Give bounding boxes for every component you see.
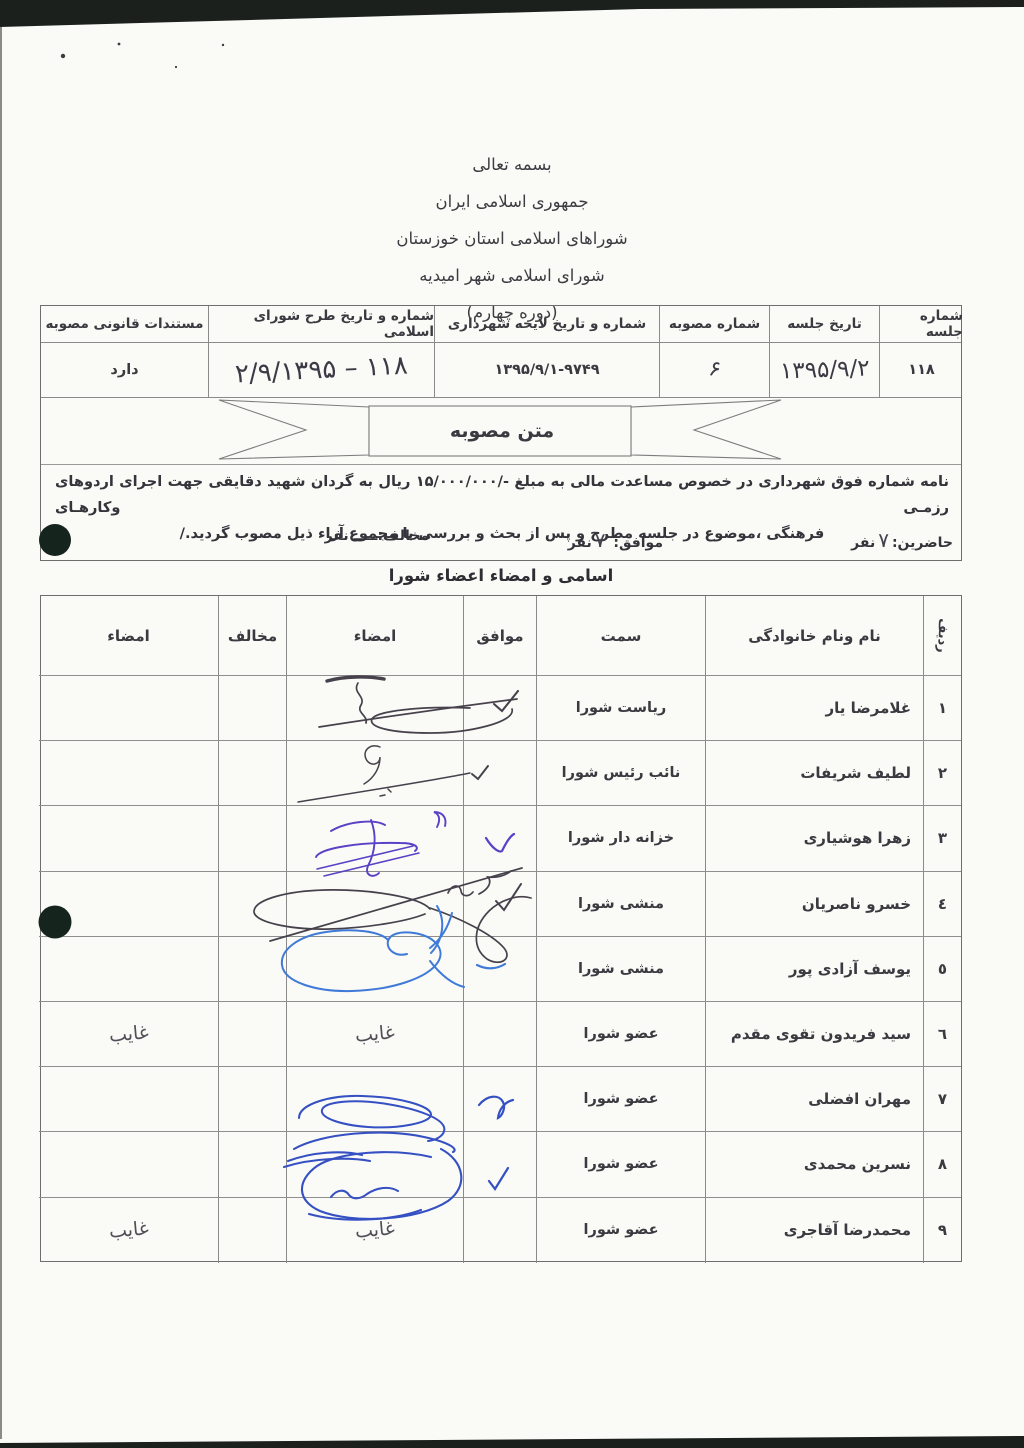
signature-cell: غایب (286, 1002, 463, 1067)
agree-cell (463, 676, 536, 741)
member-position: عضو شورا (536, 1132, 705, 1197)
agree-cell (463, 806, 536, 871)
oppose-cell (218, 1132, 286, 1197)
present-count: حاضرین:۷نفر (851, 528, 953, 552)
member-position: ریاست شورا (536, 676, 705, 741)
scanner-edge-bottom (0, 1436, 1024, 1448)
member-position: منشی شورا (536, 872, 705, 937)
scanned-document-page: بسمه تعالی جمهوری اسلامی ایران شوراهای ا… (0, 0, 1024, 1448)
member-name: نسرین محمدی (705, 1132, 923, 1197)
signature-cell (286, 872, 463, 937)
row-no: ۲ (923, 741, 961, 806)
table-rule (41, 342, 961, 343)
agree-cell (463, 1198, 536, 1263)
members-signature-table: ردیف نام ونام خانوادگی سمت موافق امضاء م… (40, 595, 962, 1262)
row-no: ٦ (923, 1002, 961, 1067)
signature-2-cell: غایب (39, 1002, 218, 1067)
resolution-meta-table: مستندات قانونی مصوبه شماره و تاریخ طرح ش… (40, 305, 962, 561)
oppose-cell (218, 872, 286, 937)
signature-cell: غایب (286, 1198, 463, 1263)
letterhead: بسمه تعالی جمهوری اسلامی ایران شوراهای ا… (0, 146, 1024, 331)
member-name: زهرا هوشیاری (705, 806, 923, 871)
signature-2-cell (39, 872, 218, 937)
signature-cell (286, 741, 463, 806)
meta-value-municipal-bill: ۱۳۹۵/۹/۱-۹۷۴۹ (434, 342, 659, 397)
meta-value-session-no: ۱۱۸ (879, 342, 963, 397)
oppose-cell (218, 937, 286, 1002)
meta-value-council-plan: ۱۱۸ – ۲/۹/۱۳۹۵ (208, 342, 434, 397)
signature-2-cell (39, 1132, 218, 1197)
member-name: غلامرضا یار (705, 676, 923, 741)
member-position: منشی شورا (536, 937, 705, 1002)
signature-cell (286, 1132, 463, 1197)
resolution-banner-row: متن مصوبه (41, 397, 961, 464)
member-name: محمدرضا آقاجری (705, 1198, 923, 1263)
agree-cell (463, 937, 536, 1002)
signature-2-cell (39, 1067, 218, 1132)
signature-cell (286, 676, 463, 741)
col-header-row-no: ردیف (923, 596, 961, 676)
member-name: مهران افضلی (705, 1067, 923, 1132)
member-position: عضو شورا (536, 1067, 705, 1132)
member-name: سید فریدون تقوی مقدم (705, 1002, 923, 1067)
row-no: ۳ (923, 806, 961, 871)
agree-cell (463, 1002, 536, 1067)
signature-2-cell (39, 806, 218, 871)
scanner-edge-top (0, 0, 1024, 27)
agree-count: موافق: ۷نفر (568, 528, 663, 552)
oppose-dash: ـــــ (354, 528, 378, 544)
attendance-line: حاضرین:۷نفر موافق: ۷نفر مخالف:ـــــ نفر (41, 528, 963, 558)
meta-value-resolution-no: ۶ (659, 342, 769, 397)
row-no: ٥ (923, 937, 961, 1002)
letterhead-line-bismillah: بسمه تعالی (0, 146, 1024, 183)
member-position: نائب رئیس شورا (536, 741, 705, 806)
banner-title: متن مصوبه (41, 397, 963, 464)
col-header-signature-2: امضاء (39, 596, 218, 676)
meta-header-council-plan: شماره و تاریخ طرح شورای اسلامی (208, 306, 434, 342)
col-header-position: سمت (536, 596, 705, 676)
row-no: ۸ (923, 1132, 961, 1197)
row-no: ۱ (923, 676, 961, 741)
member-name: خسرو ناصریان (705, 872, 923, 937)
meta-value-legal-docs: دارد (41, 342, 208, 397)
col-header-oppose: مخالف (218, 596, 286, 676)
letterhead-line-city-council: شورای اسلامی شهر امیدیه (0, 257, 1024, 294)
table-rule (41, 464, 961, 465)
signature-2-cell: غایب (39, 1198, 218, 1263)
signature-2-cell (39, 741, 218, 806)
col-header-name: نام ونام خانوادگی (705, 596, 923, 676)
col-header-agree: موافق (463, 596, 536, 676)
member-name: لطیف شریفات (705, 741, 923, 806)
meta-header-session-date: تاریخ جلسه (769, 306, 879, 342)
absent-note: غایب (354, 1217, 395, 1242)
signature-cell (286, 1067, 463, 1132)
agree-cell (463, 1067, 536, 1132)
resolution-text-line1: نامه شماره فوق شهرداری در خصوص مساعدت ما… (55, 469, 949, 521)
meta-value-session-date: ۱۳۹۵/۹/۲ (769, 342, 879, 397)
agree-cell (463, 1132, 536, 1197)
meta-header-session-no: شماره جلسه (879, 306, 963, 342)
member-position: عضو شورا (536, 1198, 705, 1263)
signature-2-cell (39, 937, 218, 1002)
member-position: عضو شورا (536, 1002, 705, 1067)
member-name: یوسف آزادی پور (705, 937, 923, 1002)
signature-cell (286, 937, 463, 1002)
oppose-cell (218, 741, 286, 806)
signature-2-cell (39, 676, 218, 741)
oppose-count: مخالف:ـــــ نفر (325, 528, 429, 544)
row-no: ٤ (923, 872, 961, 937)
absent-note: غایب (108, 1021, 149, 1046)
agree-cell (463, 872, 536, 937)
row-no: ۹ (923, 1198, 961, 1263)
ink-specks (61, 43, 224, 69)
agree-cell (463, 741, 536, 806)
meta-header-municipal-bill: شماره و تاریخ لایحه شهرداری (434, 306, 659, 342)
agree-count-handwritten: ۷ (592, 528, 609, 552)
absent-note: غایب (354, 1021, 395, 1046)
letterhead-line-republic: جمهوری اسلامی ایران (0, 183, 1024, 220)
member-position: خزانه دار شورا (536, 806, 705, 871)
oppose-cell (218, 806, 286, 871)
meta-header-resolution-no: شماره مصوبه (659, 306, 769, 342)
present-count-handwritten: ۷ (875, 528, 892, 552)
members-section-title: اسامی و امضاء اعضاء شورا (40, 566, 962, 585)
col-header-signature: امضاء (286, 596, 463, 676)
letterhead-line-province-councils: شوراهای اسلامی استان خوزستان (0, 220, 1024, 257)
oppose-cell (218, 1067, 286, 1132)
oppose-cell (218, 1002, 286, 1067)
row-no: ۷ (923, 1067, 961, 1132)
absent-note: غایب (108, 1217, 149, 1242)
signature-cell (286, 806, 463, 871)
oppose-cell (218, 1198, 286, 1263)
meta-header-legal-docs: مستندات قانونی مصوبه (41, 306, 208, 342)
oppose-cell (218, 676, 286, 741)
